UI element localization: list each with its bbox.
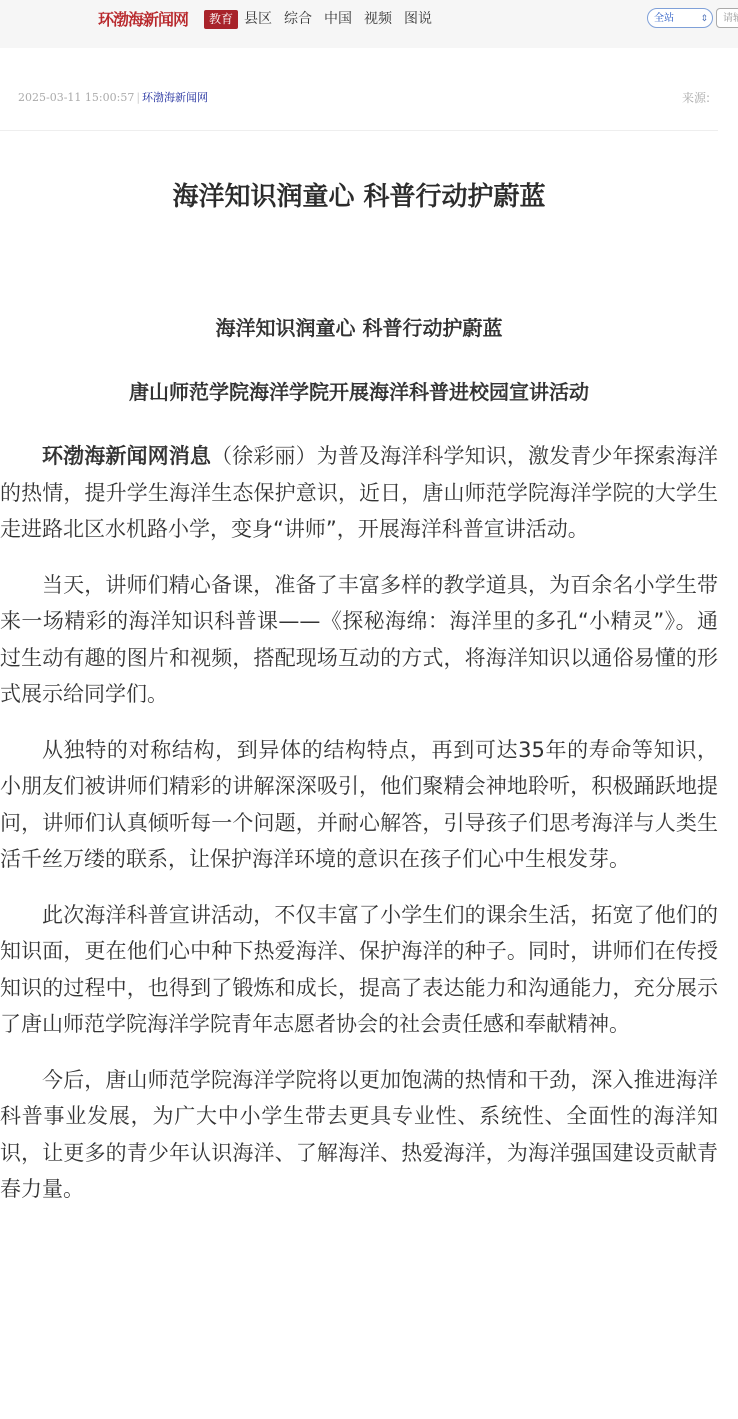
- nav-item-county[interactable]: 县区: [244, 9, 272, 29]
- site-logo[interactable]: 环渤海新闻网: [98, 7, 188, 30]
- page-title: 海洋知识润童心 科普行动护蔚蓝: [0, 176, 718, 213]
- nav-item-photo[interactable]: 图说: [404, 9, 432, 29]
- article-subtitle-2: 唐山师范学院海洋学院开展海洋科普进校园宣讲活动: [0, 376, 718, 405]
- nav-item-education[interactable]: 教育: [204, 10, 238, 29]
- meta-divider: [0, 130, 718, 131]
- article-subtitle-1: 海洋知识润童心 科普行动护蔚蓝: [0, 312, 718, 341]
- paragraph: 从独特的对称结构，到异体的结构特点，再到可达35年的寿命等知识，小朋友们被讲师们…: [0, 732, 718, 878]
- publisher-link[interactable]: 环渤海新闻网: [142, 91, 208, 104]
- search-scope-value: 全站: [654, 13, 674, 24]
- meta-separator: |: [136, 91, 140, 104]
- article-body: 环渤海新闻网消息（徐彩丽）为普及海洋科学知识，激发青少年探索海洋的热情，提升学生…: [0, 438, 718, 1227]
- top-navigation-bar: 环渤海新闻网 教育 县区 综合 中国 视频 图说 全站 ⇕ 请输: [0, 0, 738, 48]
- lead-dateline: 环渤海新闻网消息: [42, 444, 211, 468]
- publish-datetime: 2025-03-11 15:00:57: [18, 91, 134, 104]
- paragraph: 此次海洋科普宣讲活动，不仅丰富了小学生们的课余生活，拓宽了他们的知识面，更在他们…: [0, 897, 718, 1043]
- article-meta: 2025-03-11 15:00:57|环渤海新闻网 来源:: [18, 89, 718, 105]
- select-arrows-icon: ⇕: [700, 9, 708, 29]
- nav-item-china[interactable]: 中国: [324, 9, 352, 29]
- search-scope-select[interactable]: 全站 ⇕: [647, 8, 713, 28]
- source-label: 来源:: [682, 89, 710, 106]
- lead-paragraph: 环渤海新闻网消息（徐彩丽）为普及海洋科学知识，激发青少年探索海洋的热情，提升学生…: [0, 438, 718, 548]
- nav-item-video[interactable]: 视频: [364, 9, 392, 29]
- paragraph: 今后，唐山师范学院海洋学院将以更加饱满的热情和干劲，深入推进海洋科普事业发展，为…: [0, 1062, 718, 1208]
- search-input[interactable]: 请输: [716, 8, 738, 28]
- paragraph: 当天，讲师们精心备课，准备了丰富多样的教学道具，为百余名小学生带来一场精彩的海洋…: [0, 567, 718, 713]
- channel-nav: 教育 县区 综合 中国 视频 图说: [204, 9, 444, 29]
- nav-item-general[interactable]: 综合: [284, 9, 312, 29]
